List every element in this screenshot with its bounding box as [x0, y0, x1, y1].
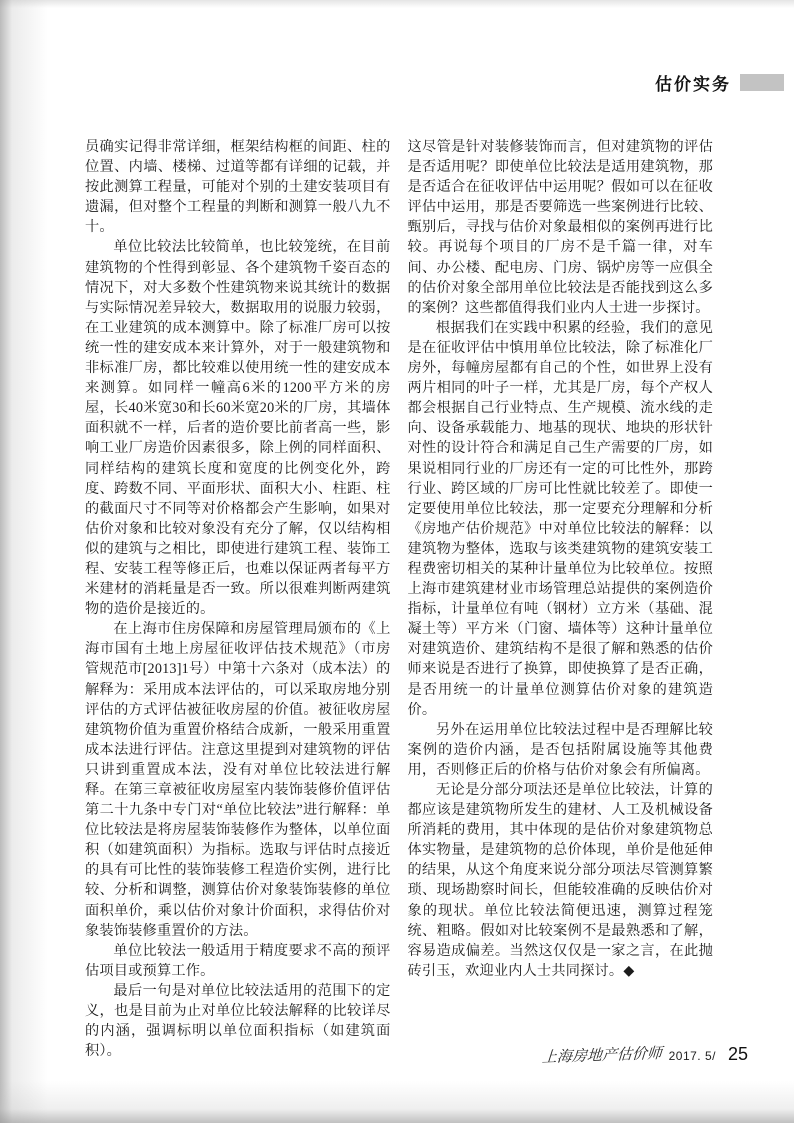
scan-shadow-top	[0, 0, 794, 8]
paragraph: 最后一句是对单位比较法适用的范围下的定义，也是目前为止对单位比较法解释的比较详尽…	[85, 981, 391, 1061]
paragraph: 根据我们在实践中积累的经验，我们的意见是在征收评估中慎用单位比较法，除了标准化厂…	[408, 318, 714, 720]
paragraph: 在上海市住房保障和房屋管理局颁布的《上海市国有土地上房屋征收评估技术规范》（市房…	[85, 619, 391, 941]
paragraph: 单位比较法一般适用于精度要求不高的预评估项目或预算工作。	[85, 941, 391, 981]
column-left: 员确实记得非常详细，框架结构框的间距、柱的位置、内墙、楼梯、过道等都有详细的记载…	[85, 137, 391, 1061]
header-decoration-bar	[740, 74, 784, 91]
issue-date: 2017. 5/	[669, 1049, 716, 1063]
article-body: 员确实记得非常详细，框架结构框的间距、柱的位置、内墙、楼梯、过道等都有详细的记载…	[85, 137, 713, 1061]
paragraph: 单位比较法比较简单，也比较笼统，在目前建筑物的个性得到彰显、各个建筑物千姿百态的…	[85, 237, 391, 619]
paragraph: 另外在运用单位比较法过程中是否理解比较案例的造价内涵，是否包括附属设施等其他费用…	[408, 720, 714, 780]
magazine-page: 估价实务 员确实记得非常详细，框架结构框的间距、柱的位置、内墙、楼梯、过道等都有…	[0, 0, 794, 1123]
page-header: 估价实务	[655, 70, 784, 95]
paragraph: 这尽管是针对装修装饰而言，但对建筑物的评估是否适用呢？即使单位比较法是适用建筑物…	[408, 137, 714, 318]
paragraph: 无论是分部分项法还是单位比较法，计算的都应该是建筑物所发生的建材、人工及机械设备…	[408, 780, 714, 981]
section-title: 估价实务	[655, 70, 731, 95]
paragraph: 员确实记得非常详细，框架结构框的间距、柱的位置、内墙、楼梯、过道等都有详细的记载…	[85, 137, 391, 237]
page-footer: 上海房地产估价师 2017. 5/ 25	[542, 1044, 748, 1065]
column-right: 这尽管是针对装修装饰而言，但对建筑物的评估是否适用呢？即使单位比较法是适用建筑物…	[408, 137, 714, 1061]
page-number: 25	[728, 1044, 748, 1065]
scan-shadow-left	[0, 0, 48, 1123]
journal-name-signature: 上海房地产估价师	[541, 1042, 662, 1067]
scan-shadow-bottom	[0, 1081, 794, 1123]
